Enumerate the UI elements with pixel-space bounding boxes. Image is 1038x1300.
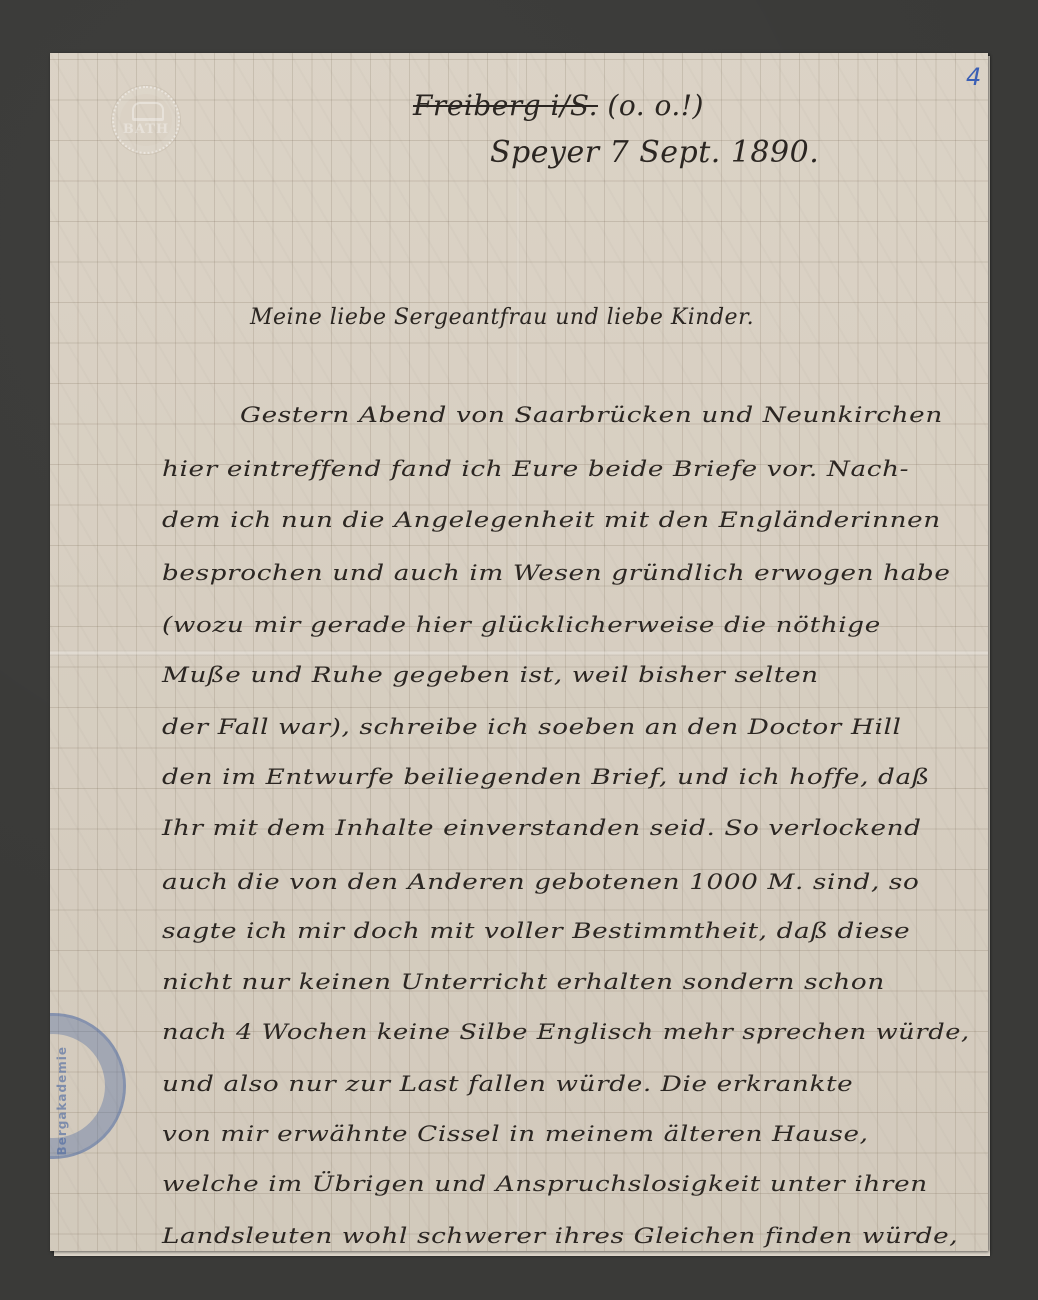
body-line: und also nur zur Last fallen würde. Die … <box>162 1072 853 1096</box>
embossed-seal-icon: BATH <box>112 86 180 154</box>
correction-note: (o. o.!) <box>607 89 704 122</box>
body-line: nach 4 Wochen keine Silbe Englisch mehr … <box>162 1020 970 1044</box>
body-line: Ihr mit dem Inhalte einverstanden seid. … <box>162 816 922 840</box>
body-line: der Fall war), schreibe ich soeben an de… <box>162 715 902 739</box>
place-date: Speyer 7 Sept. 1890. <box>490 135 819 170</box>
body-line: Muße und Ruhe gegeben ist, weil bisher s… <box>162 663 819 687</box>
body-line: dem ich nun die Angelegenheit mit den En… <box>162 508 941 532</box>
crown-icon <box>132 102 164 121</box>
body-line: welche im Übrigen und Anspruchslosigkeit… <box>162 1172 928 1196</box>
body-line: besprochen und auch im Wesen gründlich e… <box>162 561 951 585</box>
letter-page: BATH 4 Freiberg i/S. (o. o.!) Speyer 7 S… <box>50 53 988 1251</box>
body-line: auch die von den Anderen gebotenen 1000 … <box>162 870 919 894</box>
struck-place-line: Freiberg i/S. (o. o.!) <box>413 89 704 122</box>
body-line: von mir erwähnte Cissel in meinem ältere… <box>162 1122 869 1146</box>
body-line: hier eintreffend fand ich Eure beide Bri… <box>162 457 909 481</box>
body-line: nicht nur keinen Unterricht erhalten son… <box>162 970 885 994</box>
salutation: Meine liebe Sergeantfrau und liebe Kinde… <box>250 305 754 330</box>
body-line: (wozu mir gerade hier glücklicherweise d… <box>162 613 881 637</box>
page-number: 4 <box>966 63 981 91</box>
body-line: Landsleuten wohl schwerer ihres Gleichen… <box>162 1224 958 1248</box>
archive-stamp-text: Bergakademie <box>55 1046 69 1155</box>
body-line: Gestern Abend von Saarbrücken und Neunki… <box>240 403 943 427</box>
body-line: sagte ich mir doch mit voller Bestimmthe… <box>162 919 910 943</box>
body-line: den im Entwurfe beiliegenden Brief, und … <box>162 765 930 789</box>
struck-place: Freiberg i/S. <box>413 89 598 122</box>
seal-text: BATH <box>114 122 178 137</box>
